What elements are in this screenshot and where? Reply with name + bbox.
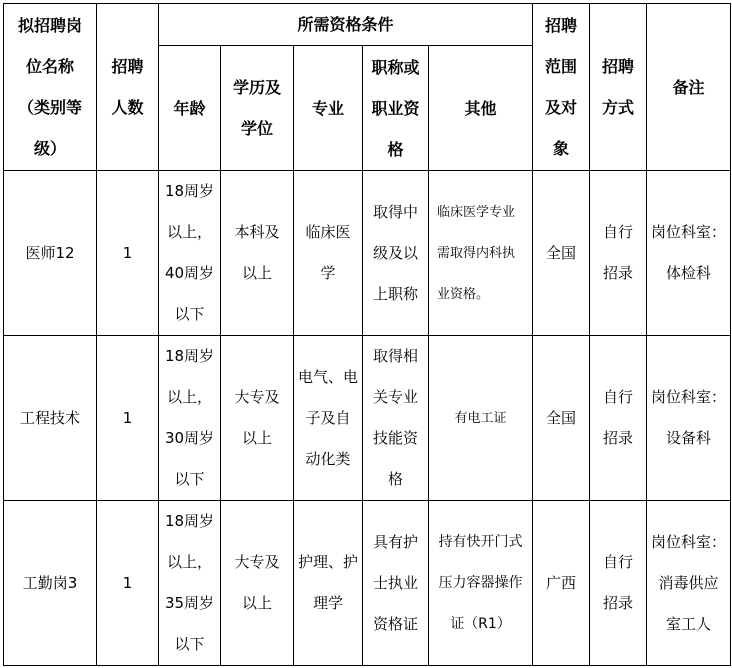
header-remark: 备注: [647, 4, 731, 171]
header-method-line: 方式: [594, 87, 642, 128]
cell-line: 取得相: [367, 336, 424, 377]
recruitment-table: 拟招聘岗 位名称 （类别等 级） 招聘 人数 所需资格条件 招聘 范围 及对 象…: [3, 3, 731, 666]
cell-age: 18周岁 以上， 40周岁 以下: [159, 171, 221, 336]
header-count-line: 招聘: [101, 46, 154, 87]
cell-line: 动化类: [298, 439, 358, 480]
header-count-line: 人数: [101, 87, 154, 128]
cell-line: 具有护: [367, 522, 424, 563]
cell-line: 以上，: [163, 542, 216, 583]
cell-line: 技能资: [367, 418, 424, 459]
header-major: 专业: [294, 46, 363, 171]
cell-position: 工勤岗3: [4, 501, 97, 666]
header-title-line: 格: [367, 129, 424, 170]
table-row: 工程技术 1 18周岁 以上， 30周岁 以下 大专及 以上 电气、电 子及自 …: [4, 336, 731, 501]
cell-method: 自行 招录: [590, 171, 647, 336]
cell-count: 1: [97, 501, 159, 666]
cell-major: 护理、护 理学: [294, 501, 363, 666]
cell-line: 招录: [594, 418, 642, 459]
header-scope: 招聘 范围 及对 象: [533, 4, 590, 171]
cell-title: 取得中 级及以 上职称: [363, 171, 429, 336]
cell-line: 子及自: [298, 398, 358, 439]
header-position-line: 拟招聘岗: [8, 5, 92, 46]
header-position-line: 位名称: [8, 46, 92, 87]
cell-line: 40周岁: [163, 253, 216, 294]
cell-line: 自行: [594, 542, 642, 583]
header-requirements-group: 所需资格条件: [159, 4, 533, 46]
header-title: 职称或 职业资 格: [363, 46, 429, 171]
header-scope-line: 范围: [537, 46, 585, 87]
cell-line: 招录: [594, 583, 642, 624]
header-position: 拟招聘岗 位名称 （类别等 级）: [4, 4, 97, 171]
cell-line: 自行: [594, 377, 642, 418]
cell-line: 以上: [225, 418, 289, 459]
cell-line: 临床医: [298, 212, 358, 253]
cell-line: 以上，: [163, 212, 216, 253]
cell-line: 消毒供应: [651, 563, 726, 604]
cell-line: 需取得内科执: [437, 233, 526, 274]
header-scope-line: 象: [537, 128, 585, 169]
header-method: 招聘 方式: [590, 4, 647, 171]
cell-line: 室工人: [651, 604, 726, 645]
cell-line: 招录: [594, 253, 642, 294]
cell-line: 以上: [225, 253, 289, 294]
header-row-1: 拟招聘岗 位名称 （类别等 级） 招聘 人数 所需资格条件 招聘 范围 及对 象…: [4, 4, 731, 46]
cell-remark: 岗位科室： 消毒供应 室工人: [647, 501, 731, 666]
cell-major: 电气、电 子及自 动化类: [294, 336, 363, 501]
cell-line: 以下: [163, 294, 216, 335]
cell-major: 临床医 学: [294, 171, 363, 336]
header-scope-line: 招聘: [537, 5, 585, 46]
header-education-line: 学位: [225, 108, 289, 149]
cell-line: 18周岁: [163, 501, 216, 542]
cell-line: 30周岁: [163, 418, 216, 459]
cell-line: 护理、护: [298, 542, 358, 583]
cell-age: 18周岁 以上， 30周岁 以下: [159, 336, 221, 501]
cell-line: 资格证: [367, 604, 424, 645]
cell-line: 以下: [163, 624, 216, 665]
cell-remark: 岗位科室： 设备科: [647, 336, 731, 501]
cell-education: 本科及 以上: [221, 171, 294, 336]
header-other: 其他: [429, 46, 533, 171]
header-age-line: 年龄: [163, 88, 216, 129]
header-remark-line: 备注: [651, 67, 726, 108]
cell-title: 具有护 士执业 资格证: [363, 501, 429, 666]
cell-scope: 全国: [533, 336, 590, 501]
cell-title: 取得相 关专业 技能资 格: [363, 336, 429, 501]
cell-line: 理学: [298, 583, 358, 624]
cell-line: 以上: [225, 583, 289, 624]
header-count: 招聘 人数: [97, 4, 159, 171]
cell-line: 关专业: [367, 377, 424, 418]
cell-line: 自行: [594, 212, 642, 253]
cell-line: 级及以: [367, 233, 424, 274]
header-scope-line: 及对: [537, 87, 585, 128]
cell-line: 岗位科室：: [651, 522, 726, 563]
header-method-line: 招聘: [594, 46, 642, 87]
cell-position: 医师12: [4, 171, 97, 336]
cell-line: 临床医学专业: [437, 192, 526, 233]
cell-line: 业资格。: [437, 274, 526, 315]
cell-line: 本科及: [225, 212, 289, 253]
cell-line: 体检科: [651, 253, 726, 294]
cell-line: 18周岁: [163, 171, 216, 212]
cell-line: 18周岁: [163, 336, 216, 377]
cell-line: 设备科: [651, 418, 726, 459]
cell-line: 大专及: [225, 542, 289, 583]
header-age: 年龄: [159, 46, 221, 171]
cell-other: 临床医学专业 需取得内科执 业资格。: [429, 171, 533, 336]
header-position-line: 级）: [8, 128, 92, 169]
header-education: 学历及 学位: [221, 46, 294, 171]
cell-scope: 全国: [533, 171, 590, 336]
table-row: 工勤岗3 1 18周岁 以上， 35周岁 以下 大专及 以上 护理、护 理学 具…: [4, 501, 731, 666]
cell-line: 35周岁: [163, 583, 216, 624]
cell-method: 自行 招录: [590, 501, 647, 666]
cell-line: 持有快开门式: [433, 522, 528, 563]
cell-other: 有电工证: [429, 336, 533, 501]
cell-line: 取得中: [367, 192, 424, 233]
cell-position: 工程技术: [4, 336, 97, 501]
cell-method: 自行 招录: [590, 336, 647, 501]
cell-count: 1: [97, 336, 159, 501]
cell-line: 上职称: [367, 274, 424, 315]
header-title-line: 职称或: [367, 47, 424, 88]
cell-line: 有电工证: [433, 398, 528, 439]
cell-other: 持有快开门式 压力容器操作 证（R1）: [429, 501, 533, 666]
cell-line: 以下: [163, 459, 216, 500]
cell-line: 士执业: [367, 563, 424, 604]
cell-line: 压力容器操作: [433, 563, 528, 604]
cell-line: 岗位科室：: [651, 212, 726, 253]
header-education-line: 学历及: [225, 67, 289, 108]
cell-line: 电气、电: [298, 357, 358, 398]
cell-count: 1: [97, 171, 159, 336]
cell-line: 以上，: [163, 377, 216, 418]
header-title-line: 职业资: [367, 88, 424, 129]
header-major-line: 专业: [298, 88, 358, 129]
cell-education: 大专及 以上: [221, 336, 294, 501]
cell-education: 大专及 以上: [221, 501, 294, 666]
cell-line: 格: [367, 459, 424, 500]
cell-remark: 岗位科室： 体检科: [647, 171, 731, 336]
cell-scope: 广西: [533, 501, 590, 666]
cell-line: 大专及: [225, 377, 289, 418]
cell-age: 18周岁 以上， 35周岁 以下: [159, 501, 221, 666]
header-position-line: （类别等: [8, 87, 92, 128]
header-other-line: 其他: [433, 88, 528, 129]
cell-line: 证（R1）: [433, 604, 528, 645]
table-row: 医师12 1 18周岁 以上， 40周岁 以下 本科及 以上 临床医 学 取得中…: [4, 171, 731, 336]
cell-line: 岗位科室：: [651, 377, 726, 418]
cell-line: 学: [298, 253, 358, 294]
